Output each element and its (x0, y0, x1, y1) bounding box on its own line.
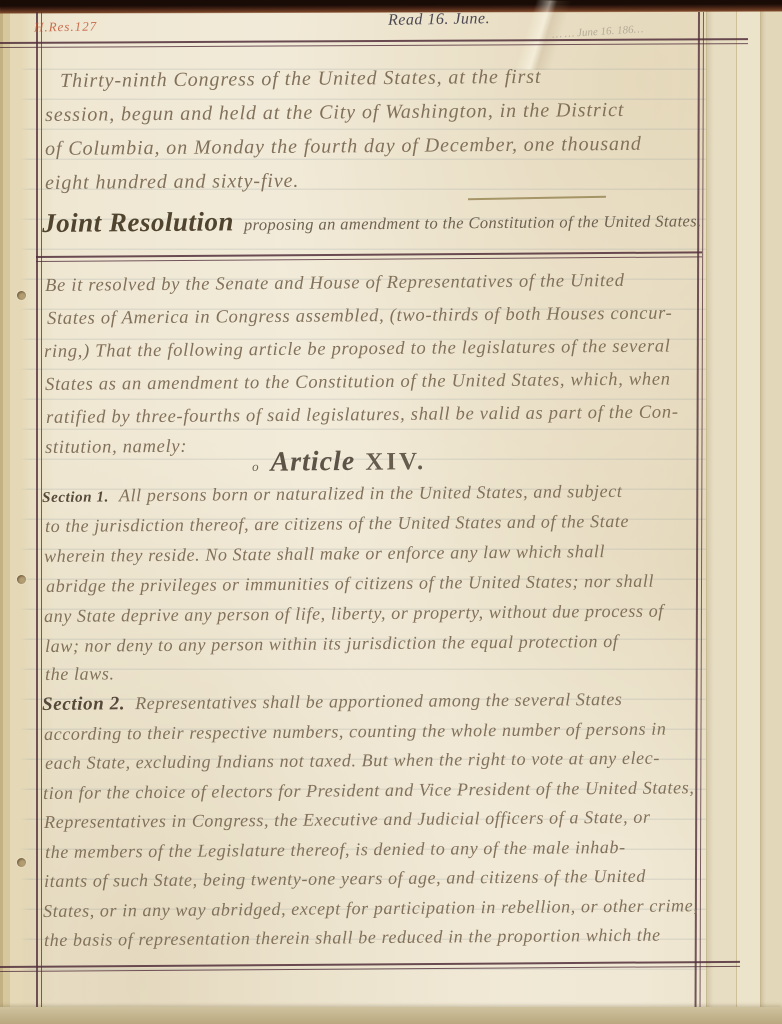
article-word: Article (270, 446, 355, 479)
read-date-annotation: Read 16. June. (388, 10, 490, 30)
section2-label: Section 2. (42, 693, 125, 716)
section1-label: Section 1. (42, 489, 109, 507)
joint-resolution-title: Joint Resolution (42, 206, 234, 239)
page-bottom-edge (0, 1007, 782, 1024)
section2-line: Representatives shall be apportioned amo… (135, 689, 623, 714)
preamble-line: Thirty-ninth Congress of the United Stat… (60, 66, 542, 93)
article-heading: o Article XIV. (252, 445, 426, 479)
manuscript-page: H.Res.127 Read 16. June. … … June 16. 18… (0, 0, 782, 1024)
section1-line: All persons born or naturalized in the U… (119, 481, 623, 506)
house-resolution-stamp: H.Res.127 (34, 18, 97, 35)
heading-ornament: o (252, 459, 259, 475)
page-border-left (36, 12, 42, 1007)
page-edge-left (0, 0, 30, 1024)
binding-hole (17, 858, 26, 867)
article-numeral: XIV. (365, 448, 426, 477)
joint-resolution-subtitle: proposing an amendment to the Constituti… (244, 211, 702, 235)
underlying-page-edge (736, 0, 761, 1020)
resolved-line: stitution, namely: (45, 437, 187, 459)
joint-resolution-caption: Joint Resolution proposing an amendment … (42, 202, 702, 239)
underlying-page-edge (706, 0, 737, 1016)
binding-hole (17, 291, 26, 300)
section1-line: the laws. (45, 663, 115, 685)
underlying-page-edge (760, 0, 782, 1024)
preamble-line: eight hundred and sixty-five. (45, 170, 299, 195)
binding-hole (17, 575, 26, 584)
